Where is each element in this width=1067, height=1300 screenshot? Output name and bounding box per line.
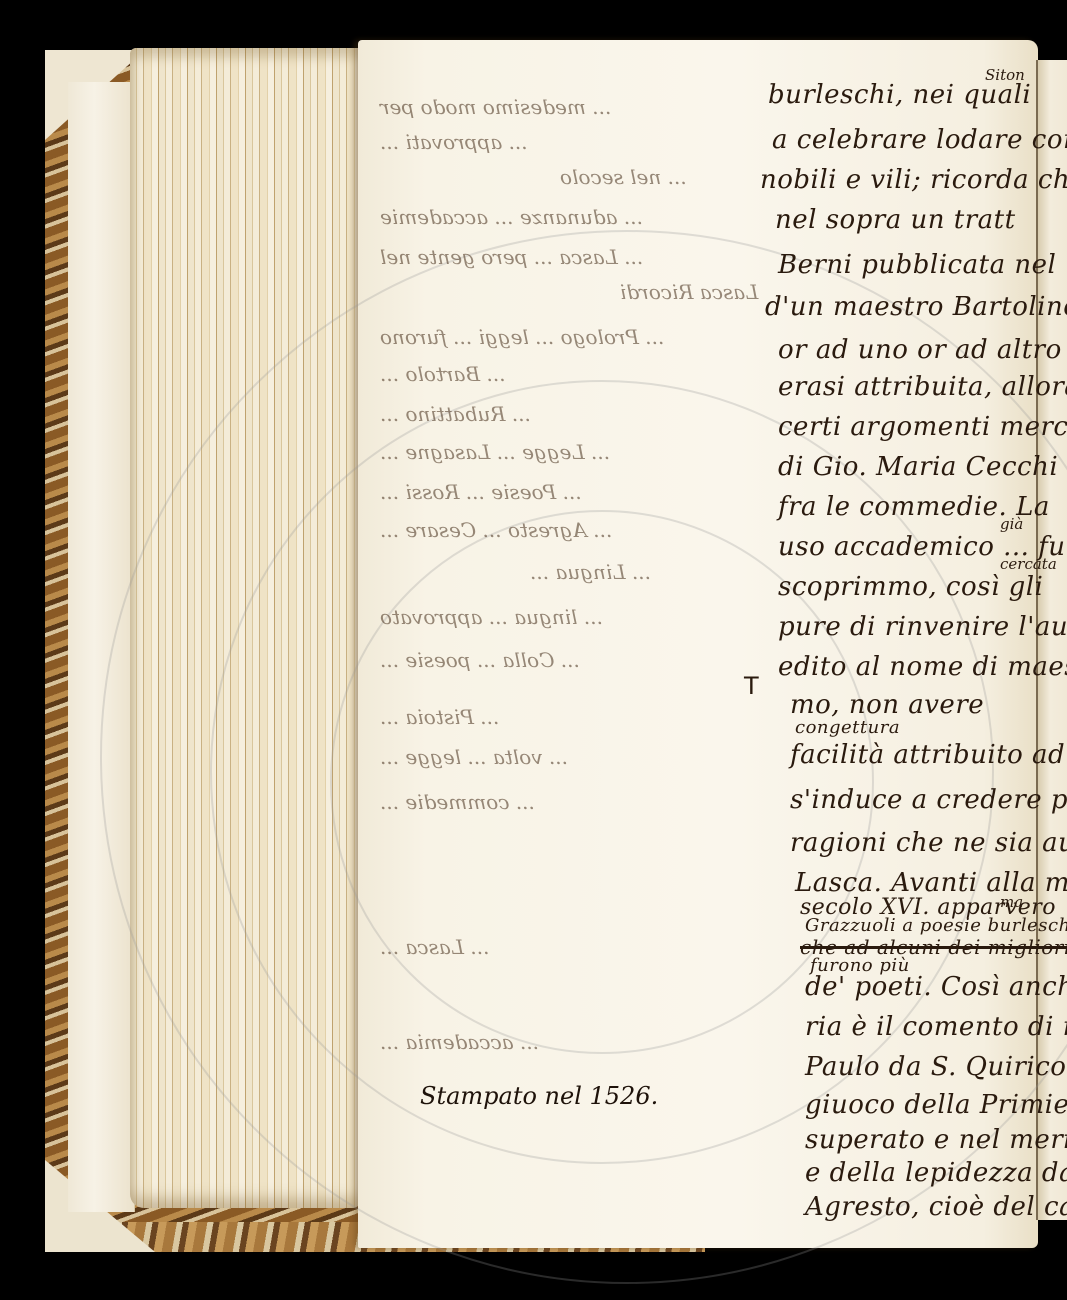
bleed-line: ... nel secolo bbox=[560, 165, 687, 189]
manuscript-line: nel sopra un tratt bbox=[775, 205, 1016, 235]
manuscript-line: Grazzuoli a poesie burlesche bbox=[805, 915, 1067, 936]
manuscript-line: a celebrare lodare con b bbox=[772, 125, 1067, 155]
bleed-line: ... Agresto ... Cesare ... bbox=[380, 518, 612, 542]
bleed-line: ... lingua ... approvato bbox=[380, 605, 603, 629]
manuscript-line: Berni pubblicata nel bbox=[778, 250, 1056, 280]
bleed-line: ... approvati ... bbox=[380, 130, 528, 154]
manuscript-line: congettura bbox=[795, 717, 900, 738]
manuscript-line: pure di rinvenire l'autore bbox=[778, 612, 1067, 642]
manuscript-line: e della lepidezza dal comento bbox=[805, 1158, 1067, 1188]
manuscript-line: or ad uno or ad altro bbox=[778, 335, 1062, 365]
manuscript-line: nobili e vili; ricorda che la bbox=[760, 165, 1067, 195]
bleed-line: Lasca Ricordi bbox=[620, 280, 758, 304]
bleed-line: ... commedie ... bbox=[380, 790, 535, 814]
bleed-line: ... accademia ... bbox=[380, 1030, 539, 1054]
manuscript-line: scoprimmo, così gli bbox=[778, 572, 1043, 602]
bleed-line: ... medesimo modo per bbox=[380, 95, 611, 119]
bleed-line: ... Bartolo ... bbox=[380, 362, 506, 386]
manuscript-line: Agresto, cioè del caro, sopra bbox=[805, 1192, 1067, 1222]
interlinear-note: ma bbox=[1000, 893, 1023, 911]
interlinear-note: cercata bbox=[1000, 555, 1057, 573]
bleed-line: ... Lasca ... pero gente nel bbox=[380, 245, 643, 269]
manuscript-line: superato e nel merito bbox=[805, 1125, 1067, 1155]
bleed-line: ... Rubattino ... bbox=[380, 402, 531, 426]
manuscript-line: ria è il comento di maestr bbox=[805, 1012, 1067, 1042]
manuscript-line: mo, non avere bbox=[790, 690, 984, 720]
manuscript-line: de' poeti. Così anche di bbox=[805, 972, 1067, 1002]
manuscript-line: di Gio. Maria Cecchi au bbox=[778, 452, 1067, 482]
bleed-line: ... adunanze ... accademie bbox=[380, 205, 643, 229]
interlinear-note: già bbox=[1000, 515, 1023, 533]
bleed-line: ... Lingua ... bbox=[530, 560, 651, 584]
bleed-line: ... Legge ... Lasagne ... bbox=[380, 440, 610, 464]
t-mark: T bbox=[744, 672, 759, 700]
manuscript-line: d'un maestro Bartolino bbox=[765, 292, 1067, 322]
manuscript-line: facilità attribuito ad alcuni bbox=[790, 740, 1067, 770]
manuscript-line: certi argomenti mercanti bbox=[778, 412, 1067, 442]
manuscript-line: Lasca. Avanti alla metà bbox=[795, 868, 1067, 898]
bleed-line: ... Pistoia ... bbox=[380, 705, 499, 729]
manuscript-line: burleschi, nei quali bbox=[768, 80, 1031, 110]
bleed-line: ... Colla ... poesie ... bbox=[380, 648, 580, 672]
imprint-line: Stampato nel 1526. bbox=[420, 1082, 658, 1110]
bleed-line: ... Prologo ... leggi ... furono bbox=[380, 325, 664, 349]
manuscript-line: s'induce a credere per bbox=[790, 785, 1067, 815]
bleed-line: ... volta ... legge ... bbox=[380, 745, 568, 769]
manuscript-line: erasi attribuita, allora: bbox=[778, 372, 1067, 402]
bleed-line: ... Lasca ... bbox=[380, 935, 489, 959]
endpaper bbox=[68, 82, 135, 1212]
manuscript-line: ragioni che ne sia autore bbox=[790, 828, 1067, 858]
manuscript-line: edito al nome di maestr bbox=[778, 652, 1067, 682]
page-stack-edges bbox=[130, 48, 362, 1208]
interlinear-note: Siton bbox=[985, 66, 1025, 84]
manuscript-line: Paulo da S. Quirico al bbox=[805, 1052, 1067, 1082]
manuscript-line: giuoco della Primiera bbox=[805, 1090, 1067, 1120]
bleed-line: ... Poesie ... Rossi ... bbox=[380, 480, 582, 504]
